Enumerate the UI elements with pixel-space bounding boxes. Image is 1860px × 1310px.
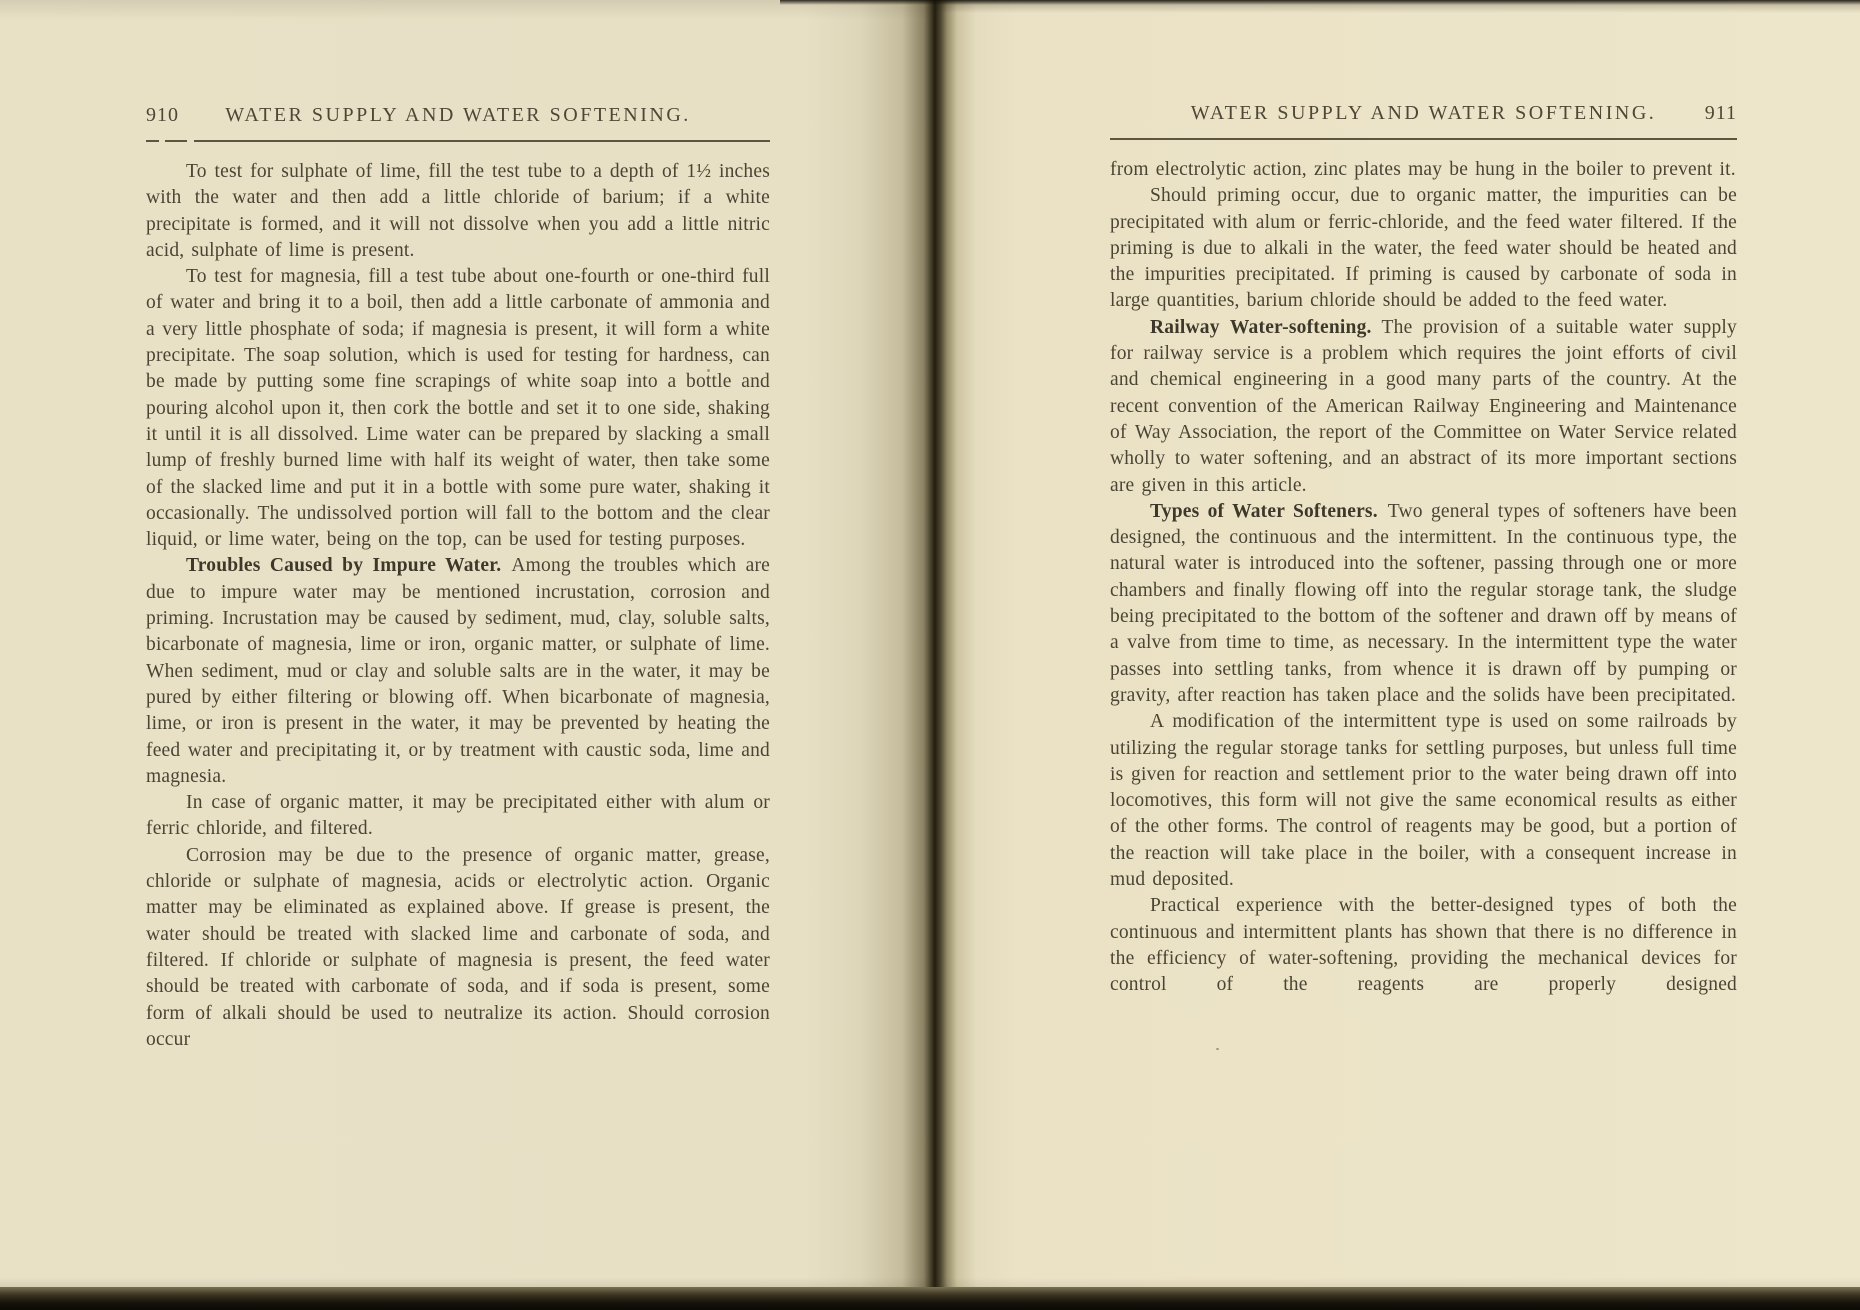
dust-speck xyxy=(707,369,710,372)
paragraph: from electrolytic action, zinc plates ma… xyxy=(1110,157,1737,183)
paragraph: Troubles Caused by Impure Water. Among t… xyxy=(146,553,770,790)
paragraph: To test for magnesia, fill a test tube a… xyxy=(146,264,770,553)
paragraph: To test for sulphate of lime, fill the t… xyxy=(146,159,770,264)
right-page-content: WATER SUPPLY AND WATER SOFTENING. 911 fr… xyxy=(1110,102,1737,999)
right-running-title: WATER SUPPLY AND WATER SOFTENING. xyxy=(1191,102,1657,125)
paragraph-lead: Troubles Caused by Impure Water. xyxy=(186,555,501,576)
dust-speck xyxy=(1216,1048,1219,1050)
left-page-header: 910 WATER SUPPLY AND WATER SOFTENING. xyxy=(146,104,770,134)
right-page-number: 911 xyxy=(1705,102,1737,125)
scan-top-edge xyxy=(780,0,1860,5)
rule-dash xyxy=(146,140,159,142)
rule-line xyxy=(194,140,770,142)
paragraph: Should priming occur, due to organic mat… xyxy=(1110,183,1737,314)
right-page-header: WATER SUPPLY AND WATER SOFTENING. 911 xyxy=(1110,102,1737,132)
paragraph: Types of Water Softeners. Two general ty… xyxy=(1110,499,1737,709)
paragraph: Railway Water-softening. The provision o… xyxy=(1110,315,1737,499)
paragraph-lead: Railway Water-softening. xyxy=(1150,317,1372,338)
dust-speck xyxy=(404,983,407,986)
left-header-rule xyxy=(146,140,770,142)
rule-dash xyxy=(165,140,187,142)
left-page-number: 910 xyxy=(146,104,179,127)
book-scan-spread: 910 WATER SUPPLY AND WATER SOFTENING. To… xyxy=(0,0,1860,1310)
paragraph: In case of organic matter, it may be pre… xyxy=(146,790,770,843)
left-running-title: WATER SUPPLY AND WATER SOFTENING. xyxy=(225,104,691,127)
right-page-body: from electrolytic action, zinc plates ma… xyxy=(1110,157,1737,999)
rule-line xyxy=(1110,138,1737,140)
paragraph: Corrosion may be due to the presence of … xyxy=(146,843,770,1053)
paragraph-lead: Types of Water Softeners. xyxy=(1150,501,1378,522)
left-page-body: To test for sulphate of lime, fill the t… xyxy=(146,159,770,1053)
right-header-rule xyxy=(1110,138,1737,140)
left-page-content: 910 WATER SUPPLY AND WATER SOFTENING. To… xyxy=(146,104,770,1053)
paragraph: A modification of the intermittent type … xyxy=(1110,709,1737,893)
scan-bottom-edge xyxy=(0,1287,1860,1310)
paragraph: Practical experience with the better-des… xyxy=(1110,893,1737,998)
